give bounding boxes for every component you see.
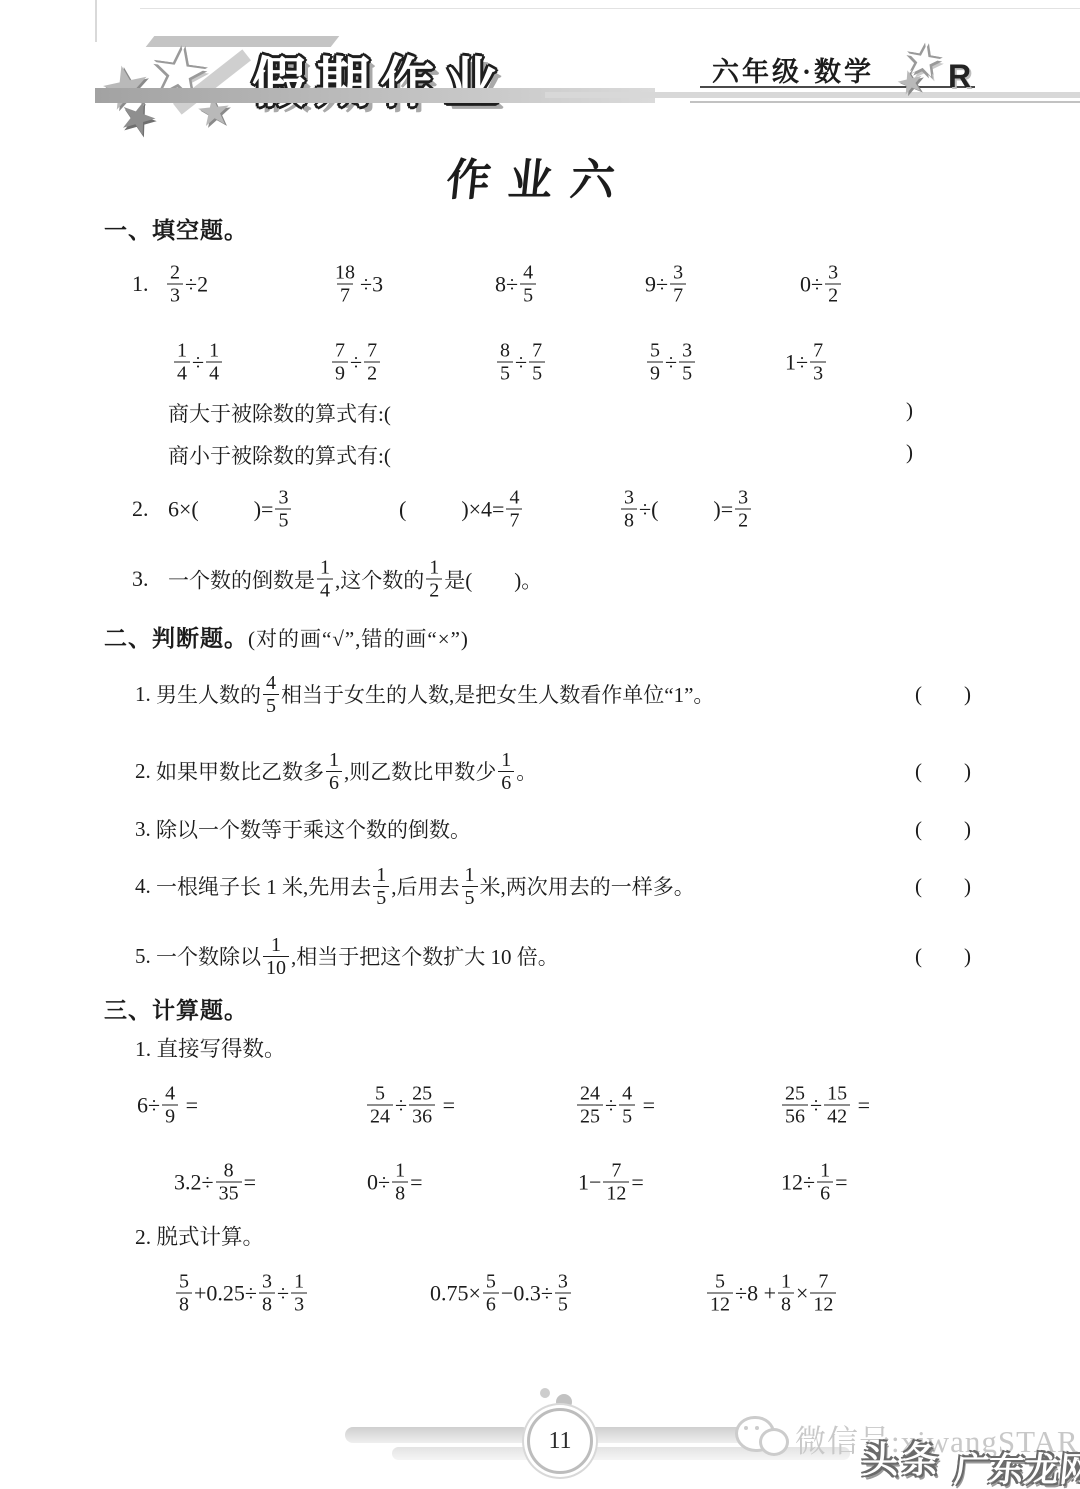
section-2-note: (对的画“√”,错的画“×”) <box>248 627 469 651</box>
math-expression: 2425÷45 = <box>575 1083 655 1128</box>
math-text: ÷ <box>605 1092 617 1118</box>
math-text: ÷ <box>665 349 677 375</box>
math-text: ÷3 <box>360 271 383 297</box>
math-text: 6×( )= <box>168 496 273 522</box>
top-rule-line <box>140 8 1080 9</box>
math-text: ÷ <box>350 349 362 375</box>
answer-line-greater: 商大于被除数的算式有:( ) <box>168 398 913 428</box>
math-expression: 12÷16= <box>781 1160 848 1205</box>
question-number: 3. <box>132 566 149 592</box>
fraction: 15 <box>373 864 389 909</box>
fraction: 38 <box>621 487 637 532</box>
footer-dot <box>540 1388 550 1398</box>
math-text: ÷ <box>277 1280 289 1306</box>
fraction: 13 <box>291 1271 307 1316</box>
math-text: = <box>437 1092 455 1118</box>
math-text: ÷8 + <box>735 1280 776 1306</box>
math-expression: 1÷73 <box>785 340 828 385</box>
math-text: ÷ <box>192 349 204 375</box>
fill-blank-row-2: 14÷14 79÷72 85÷75 59÷35 1÷73 <box>0 324 1080 400</box>
math-text: ÷2 <box>185 271 208 297</box>
fraction: 73 <box>810 340 826 385</box>
math-expression: 524÷2536 = <box>365 1083 455 1128</box>
wechat-eye <box>755 1426 759 1430</box>
wechat-bubble <box>759 1428 789 1456</box>
judge-item-2: 2. 如果甲数比乙数多16,则乙数比甲数少16。 <box>135 736 537 806</box>
question-number: 1. <box>132 271 149 297</box>
fraction: 38 <box>259 1271 275 1316</box>
worksheet-page: ★ ★ ★ ★ 假期作业 六年级·数学 ★ ★ R 作业六 一、填空题。 1. … <box>0 0 1080 1489</box>
math-text: 一个数的倒数是 <box>168 564 315 594</box>
judge-statement: 如果甲数比乙数多16,则乙数比甲数少16。 <box>156 749 537 794</box>
page-title: 作业六 <box>0 144 1080 208</box>
fraction: 16 <box>498 749 514 794</box>
math-expression: 6÷49 = <box>137 1083 198 1128</box>
math-text: 除以一个数等于乘这个数的倒数。 <box>156 814 471 844</box>
math-text: 0÷ <box>800 271 823 297</box>
grade-subject-label: 六年级·数学 <box>712 50 874 89</box>
math-text: 相当于女生的人数,是把女生人数看作单位“1”。 <box>281 679 714 709</box>
math-text: 一根绳子长 1 米,先用去 <box>156 871 371 901</box>
judge-statement: 男生人数的45相当于女生的人数,是把女生人数看作单位“1”。 <box>156 672 714 717</box>
fraction: 85 <box>497 340 513 385</box>
math-expression: 2556÷1542 = <box>780 1083 870 1128</box>
fraction: 16 <box>326 749 342 794</box>
math-expression: 1−712= <box>578 1160 644 1205</box>
fraction: 12 <box>426 557 442 602</box>
fraction: 110 <box>263 934 289 979</box>
math-text: ÷( )= <box>639 496 733 522</box>
math-expression: 8÷45 <box>495 262 538 307</box>
footer-swoosh-bar <box>345 1427 530 1443</box>
math-text: +0.25÷ <box>194 1280 257 1306</box>
header-band-right <box>545 92 1080 98</box>
section-2-title: 二、判断题。 <box>104 625 248 651</box>
section-3-sub-2: 2. 脱式计算。 <box>135 1220 264 1251</box>
fraction: 16 <box>817 1160 833 1205</box>
fraction: 2425 <box>577 1083 603 1128</box>
math-expression: 14÷14 <box>172 340 224 385</box>
question-number: 5. <box>135 944 156 969</box>
fraction: 23 <box>167 262 183 307</box>
fraction: 835 <box>216 1160 242 1205</box>
math-text: ÷ <box>810 1092 822 1118</box>
question-number: 3. <box>135 817 156 842</box>
math-text: 6÷ <box>137 1092 160 1118</box>
math-text: ,后用去 <box>391 871 459 901</box>
fraction: 32 <box>735 487 751 532</box>
math-expression: 0÷32 <box>800 262 843 307</box>
fraction: 524 <box>367 1083 393 1128</box>
section-1-heading: 一、填空题。 <box>104 212 248 245</box>
calc-row-2: 3.2÷835= 0÷18= 1−712= 12÷16= <box>0 1146 1080 1218</box>
math-expression: 0.75×56−0.3÷35 <box>430 1271 573 1316</box>
question-number: 2. <box>132 496 149 522</box>
fraction: 14 <box>317 557 333 602</box>
fraction: 2556 <box>782 1083 808 1128</box>
fraction: 1542 <box>824 1083 850 1128</box>
math-expression: 187÷3 <box>330 262 383 307</box>
math-expression: 一个数的倒数是14,这个数的12是( )。 <box>168 557 542 602</box>
fraction: 37 <box>670 262 686 307</box>
math-expression: 23÷2 <box>165 262 208 307</box>
fraction: 712 <box>810 1271 836 1316</box>
fraction: 59 <box>647 340 663 385</box>
calc-row-1: 6÷49 = 524÷2536 = 2425÷45 = 2556÷1542 = <box>0 1066 1080 1144</box>
math-text: 3.2÷ <box>174 1169 214 1195</box>
math-text: 0÷ <box>367 1169 390 1195</box>
math-expression: 85÷75 <box>495 340 547 385</box>
watermark-toutiao: 头条 <box>862 1432 942 1483</box>
math-text: ( )×4= <box>399 496 504 522</box>
answer-bracket: ( ) <box>915 920 971 992</box>
brand-title: 假期作业 <box>252 40 508 117</box>
math-expression: 9÷37 <box>645 262 688 307</box>
judge-item-3: 3. 除以一个数等于乘这个数的倒数。 <box>135 806 471 852</box>
footer-swoosh-bar <box>586 1427 758 1443</box>
judge-item-5: 5. 一个数除以110,相当于把这个数扩大 10 倍。 <box>135 920 559 992</box>
fraction: 14 <box>174 340 190 385</box>
answer-bracket: ( ) <box>915 850 971 922</box>
fraction: 47 <box>506 487 522 532</box>
judge-item-1: 1. 男生人数的45相当于女生的人数,是把女生人数看作单位“1”。 <box>135 658 714 730</box>
fraction: 45 <box>520 262 536 307</box>
section-2-heading: 二、判断题。(对的画“√”,错的画“×”) <box>104 620 469 653</box>
math-text: −0.3÷ <box>501 1280 553 1306</box>
fraction: 15 <box>462 864 478 909</box>
math-text: = <box>637 1092 655 1118</box>
math-expression: ( )×4=47 <box>399 487 524 532</box>
fraction: 79 <box>332 340 348 385</box>
fraction: 712 <box>603 1160 629 1205</box>
wechat-eye <box>744 1426 748 1430</box>
judge-statement: 一个数除以110,相当于把这个数扩大 10 倍。 <box>156 934 559 979</box>
math-text: 1÷ <box>785 349 808 375</box>
math-expression: 38÷( )=32 <box>619 487 753 532</box>
left-margin-tick <box>95 0 97 42</box>
section-3-heading: 三、计算题。 <box>104 992 248 1025</box>
math-text: 9÷ <box>645 271 668 297</box>
math-text: 如果甲数比乙数多 <box>156 756 324 786</box>
math-text: 8÷ <box>495 271 518 297</box>
answer-bracket: ( ) <box>915 658 971 730</box>
math-expression: 0÷18= <box>367 1160 423 1205</box>
fraction: 18 <box>392 1160 408 1205</box>
answer-bracket: ( ) <box>915 806 971 852</box>
question-number: 2. <box>135 759 156 784</box>
fraction: 45 <box>619 1083 635 1128</box>
fill-blank-question-2: 2. 6×( )=35 ( )×4=47 38÷( )=32 <box>0 474 1080 544</box>
judge-item-4: 4. 一根绳子长 1 米,先用去15,后用去15米,两次用去的一样多。 <box>135 850 695 922</box>
page-number: 11 <box>527 1408 593 1474</box>
math-expression: 512÷8 +18×712 <box>705 1271 838 1316</box>
math-expression: 6×( )=35 <box>168 487 293 532</box>
math-text: 是( )。 <box>444 564 542 594</box>
math-text: 1− <box>578 1169 601 1195</box>
math-text: 0.75× <box>430 1280 481 1306</box>
fill-blank-row-1: 1. 23÷2 187÷3 8÷45 9÷37 0÷32 <box>0 246 1080 322</box>
section-3-sub-1: 1. 直接写得数。 <box>135 1032 286 1063</box>
math-text: × <box>796 1280 808 1306</box>
math-text: = <box>835 1169 847 1195</box>
math-text: = <box>180 1092 198 1118</box>
question-number: 1. <box>135 682 156 707</box>
fraction: 58 <box>176 1271 192 1316</box>
math-text: 男生人数的 <box>156 679 261 709</box>
fraction: 512 <box>707 1271 733 1316</box>
edition-letter: R <box>948 58 971 95</box>
math-text: ,相当于把这个数扩大 10 倍。 <box>291 941 559 971</box>
math-text: = <box>410 1169 422 1195</box>
math-text: 12÷ <box>781 1169 815 1195</box>
math-text: ÷ <box>515 349 527 375</box>
wechat-icon <box>735 1414 787 1460</box>
fill-blank-question-3: 3. 一个数的倒数是14,这个数的12是( )。 <box>0 546 1080 612</box>
watermark-site: 广东龙网 <box>952 1442 1080 1489</box>
fraction: 32 <box>825 262 841 307</box>
close-paren: ) <box>906 398 913 428</box>
fraction: 72 <box>364 340 380 385</box>
math-expression: 59÷35 <box>645 340 697 385</box>
answer-line-less: 商小于被除数的算式有:( ) <box>168 440 913 470</box>
math-text: 。 <box>516 756 537 786</box>
fraction: 2536 <box>409 1083 435 1128</box>
judge-statement: 一根绳子长 1 米,先用去15,后用去15米,两次用去的一样多。 <box>156 864 695 909</box>
fraction: 18 <box>778 1271 794 1316</box>
answer-line-text: 商大于被除数的算式有:( <box>168 398 391 428</box>
math-text: 一个数除以 <box>156 941 261 971</box>
question-number: 4. <box>135 874 156 899</box>
calc-row-3: 58+0.25÷38÷13 0.75×56−0.3÷35 512÷8 +18×7… <box>0 1254 1080 1332</box>
close-paren: ) <box>906 440 913 470</box>
math-text: ÷ <box>395 1092 407 1118</box>
math-text: ,则乙数比甲数少 <box>344 756 496 786</box>
math-expression: 58+0.25÷38÷13 <box>174 1271 309 1316</box>
fraction: 49 <box>162 1083 178 1128</box>
header-thin-rule <box>690 101 1080 103</box>
fraction: 14 <box>206 340 222 385</box>
judge-statement: 除以一个数等于乘这个数的倒数。 <box>156 814 471 844</box>
math-expression: 3.2÷835= <box>174 1160 256 1205</box>
fraction: 75 <box>529 340 545 385</box>
fraction: 35 <box>275 487 291 532</box>
answer-line-text: 商小于被除数的算式有:( <box>168 440 391 470</box>
math-text: = <box>244 1169 256 1195</box>
math-expression: 79÷72 <box>330 340 382 385</box>
fraction: 187 <box>332 262 358 307</box>
fraction: 56 <box>483 1271 499 1316</box>
math-text: = <box>631 1169 643 1195</box>
fraction: 35 <box>555 1271 571 1316</box>
fraction: 45 <box>263 672 279 717</box>
math-text: 米,两次用去的一样多。 <box>480 871 695 901</box>
fraction: 35 <box>679 340 695 385</box>
math-text: ,这个数的 <box>335 564 424 594</box>
answer-bracket: ( ) <box>915 736 971 806</box>
math-text: = <box>852 1092 870 1118</box>
